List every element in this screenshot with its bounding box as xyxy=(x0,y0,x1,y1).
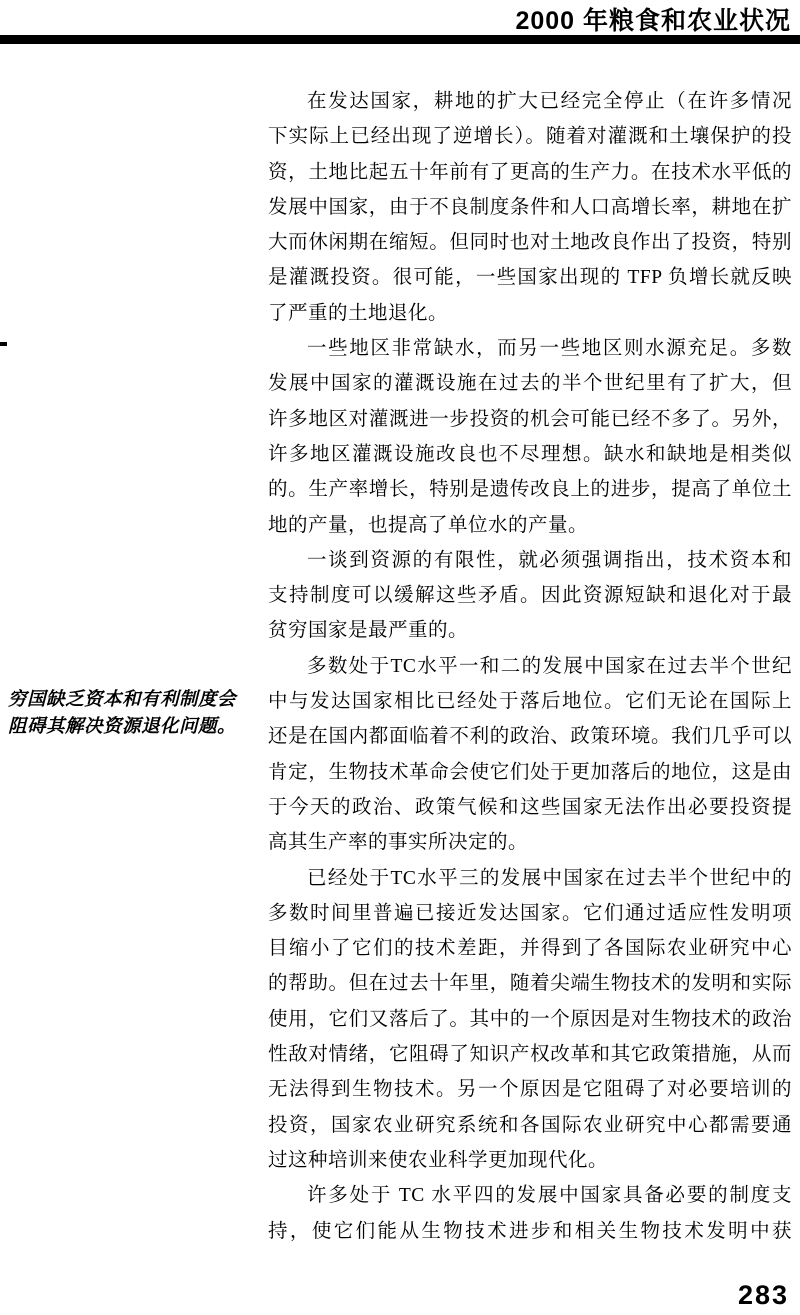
body-line: 中与发达国家相比已经处于落后地位。它们无论在国际上 xyxy=(268,684,792,719)
body-text-column: 在发达国家，耕地的扩大已经完全停止（在许多情况下实际上已经出现了逆增长）。随着对… xyxy=(268,84,792,1249)
margin-note: 穷国缺乏资本和有利制度会 阻碍其解决资源退化问题。 xyxy=(8,687,264,741)
paragraph: 一些地区非常缺水，而另一些地区则水源充足。多数发展中国家的灌溉设施在过去的半个世… xyxy=(268,331,792,543)
body-line: 性敌对情绪，它阻碍了知识产权改革和其它政策措施，从而 xyxy=(268,1037,792,1072)
body-line: 一些地区非常缺水，而另一些地区则水源充足。多数 xyxy=(268,331,792,366)
body-line: 发展中国家，由于不良制度条件和人口高增长率，耕地在扩 xyxy=(268,190,792,225)
paragraph: 已经处于TC水平三的发展中国家在过去半个世纪中的多数时间里普遍已接近发达国家。它… xyxy=(268,861,792,1179)
body-line: 大而休闲期在缩短。但同时也对土地改良作出了投资，特别 xyxy=(268,225,792,260)
body-line: 使用，它们又落后了。其中的一个原因是对生物技术的政治 xyxy=(268,1002,792,1037)
body-line: 多数时间里普遍已接近发达国家。它们通过适应性发明项 xyxy=(268,896,792,931)
body-line: 一谈到资源的有限性，就必须强调指出，技术资本和 xyxy=(268,543,792,578)
body-line: 在发达国家，耕地的扩大已经完全停止（在许多情况 xyxy=(268,84,792,119)
body-line: 发展中国家的灌溉设施在过去的半个世纪里有了扩大，但 xyxy=(268,366,792,401)
body-line: 许多地区对灌溉进一步投资的机会可能已经不多了。另外， xyxy=(268,402,792,437)
body-line: 还是在国内都面临着不利的政治、政策环境。我们几乎可以 xyxy=(268,719,792,754)
body-line: 过这种培训来使农业科学更加现代化。 xyxy=(268,1143,792,1178)
body-line: 的帮助。但在过去十年里，随着尖端生物技术的发明和实际 xyxy=(268,966,792,1001)
body-line: 下实际上已经出现了逆增长）。随着对灌溉和土壤保护的投 xyxy=(268,119,792,154)
body-line: 支持制度可以缓解这些矛盾。因此资源短缺和退化对于最 xyxy=(268,578,792,613)
body-line: 肯定，生物技术革命会使它们处于更加落后的地位，这是由 xyxy=(268,755,792,790)
margin-note-line: 阻碍其解决资源退化问题。 xyxy=(8,714,264,741)
body-line: 无法得到生物技术。另一个原因是它阻碍了对必要培训的 xyxy=(268,1072,792,1107)
body-line: 地的产量，也提高了单位水的产量。 xyxy=(268,508,792,543)
document-page: 2000 年粮食和农业状况 穷国缺乏资本和有利制度会 阻碍其解决资源退化问题。 … xyxy=(0,0,800,1315)
paragraph: 一谈到资源的有限性，就必须强调指出，技术资本和支持制度可以缓解这些矛盾。因此资源… xyxy=(268,543,792,649)
paragraph: 在发达国家，耕地的扩大已经完全停止（在许多情况下实际上已经出现了逆增长）。随着对… xyxy=(268,84,792,331)
body-line: 持，使它们能从生物技术进步和相关生物技术发明中获 xyxy=(268,1214,792,1249)
body-line: 高其生产率的事实所决定的。 xyxy=(268,825,792,860)
page-number: 283 xyxy=(738,1280,789,1311)
body-line: 的。生产率增长，特别是遗传改良上的进步，提高了单位土 xyxy=(268,472,792,507)
body-line: 已经处于TC水平三的发展中国家在过去半个世纪中的 xyxy=(268,861,792,896)
body-line: 多数处于TC水平一和二的发展中国家在过去半个世纪 xyxy=(268,649,792,684)
body-line: 资，土地比起五十年前有了更高的生产力。在技术水平低的 xyxy=(268,155,792,190)
paragraph: 许多处于 TC 水平四的发展中国家具备必要的制度支持，使它们能从生物技术进步和相… xyxy=(268,1178,792,1249)
body-line: 许多地区灌溉设施改良也不尽理想。缺水和缺地是相类似 xyxy=(268,437,792,472)
body-line: 于今天的政治、政策气候和这些国家无法作出必要投资提 xyxy=(268,790,792,825)
paragraph: 多数处于TC水平一和二的发展中国家在过去半个世纪中与发达国家相比已经处于落后地位… xyxy=(268,649,792,861)
body-line: 目缩小了它们的技术差距，并得到了各国际农业研究中心 xyxy=(268,931,792,966)
body-line: 投资，国家农业研究系统和各国际农业研究中心都需要通 xyxy=(268,1108,792,1143)
running-head-title: 2000 年粮食和农业状况 xyxy=(0,1,791,37)
body-line: 许多处于 TC 水平四的发展中国家具备必要的制度支 xyxy=(268,1178,792,1213)
body-line: 是灌溉投资。很可能，一些国家出现的 TFP 负增长就反映 xyxy=(268,260,792,295)
body-line: 了严重的土地退化。 xyxy=(268,296,792,331)
header-rule xyxy=(0,35,800,44)
body-line: 贫穷国家是最严重的。 xyxy=(268,613,792,648)
scan-artifact-mark xyxy=(0,342,7,346)
margin-note-line: 穷国缺乏资本和有利制度会 xyxy=(8,687,264,714)
